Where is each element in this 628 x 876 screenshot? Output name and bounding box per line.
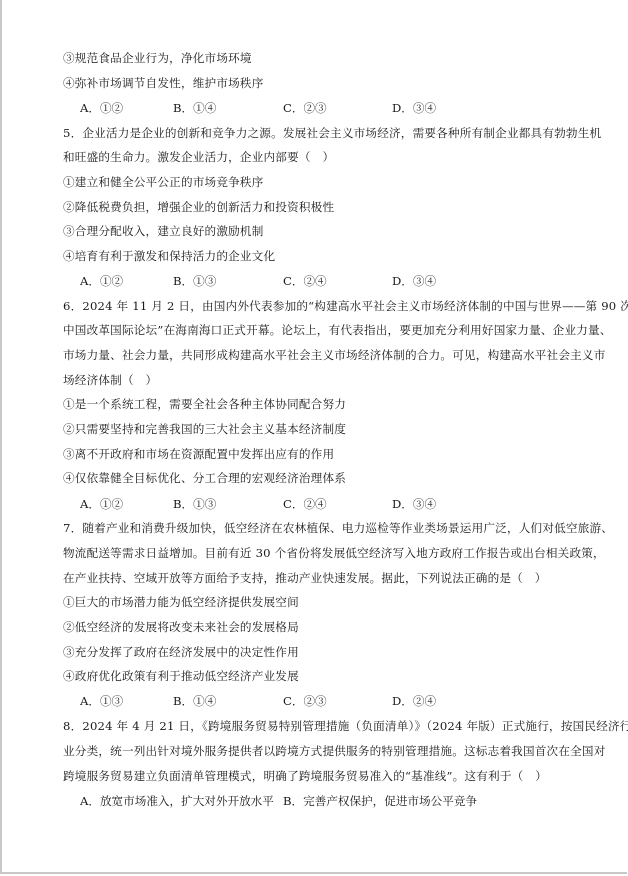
q6-item-1: ①是一个系统工程，需要全社会各种主体协同配合努力 [63, 397, 346, 411]
q7-stem-line-2: 物流配送等需求日益增加。目前有近 30 个省份将发展低空经济写入地方政府工作报告… [63, 546, 605, 560]
q6-option-c[interactable]: C．②④ [283, 497, 327, 511]
q4-option-a[interactable]: A．①② [80, 101, 123, 115]
q7-option-d[interactable]: D．②④ [392, 694, 436, 708]
q7-item-2: ②低空经济的发展将改变未来社会的发展格局 [63, 620, 299, 634]
q6-item-4: ④仅依靠健全目标优化、分工合理的宏观经济治理体系 [63, 471, 346, 485]
q6-stem-line-2: 中国改革国际论坛”在海南海口正式开幕。论坛上，有代表指出，要更加充分利用好国家力… [63, 323, 612, 337]
q5-stem-line-2: 和旺盛的生命力。激发企业活力，企业内部要（ ） [63, 150, 334, 164]
q6-stem-line-3: 市场力量、社会力量，共同形成构建高水平社会主义市场经济体制的合力。可见，构建高水… [63, 348, 606, 362]
q6-option-a[interactable]: A．①② [80, 497, 123, 511]
q5-item-1: ①建立和健全公平公正的市场竞争秩序 [63, 175, 264, 189]
q7-stem-line-1: 7．随着产业和消费升级加快，低空经济在农林植保、电力巡检等作业类场景运用广泛，人… [63, 521, 613, 535]
q6-item-3: ③离不开政府和市场在资源配置中发挥出应有的作用 [63, 447, 334, 461]
q4-item-4: ④弥补市场调节自发性，维护市场秩序 [63, 76, 264, 90]
q4-option-d[interactable]: D．③④ [392, 101, 436, 115]
q7-stem-line-3: 在产业扶持、空域开放等方面给予支持，推动产业快速发展。据此，下列说法正确的是（ … [63, 571, 547, 585]
q7-item-1: ①巨大的市场潜力能为低空经济提供发展空间 [63, 595, 299, 609]
q7-item-4: ④政府优化政策有利于推动低空经济产业发展 [63, 669, 299, 683]
q8-stem-line-3: 跨境服务贸易建立负面清单管理模式，明确了跨境服务贸易准入的“基准线”。这有利于（… [63, 769, 547, 783]
q6-stem-line-1: 6．2024 年 11 月 2 日，由国内外代表参加的“构建高水平社会主义市场经… [63, 299, 628, 313]
q7-option-b[interactable]: B．①④ [173, 694, 216, 708]
q6-option-d[interactable]: D．③④ [392, 497, 436, 511]
q5-option-c[interactable]: C．②④ [283, 274, 327, 288]
q4-item-3: ③规范食品企业行为，净化市场环境 [63, 51, 252, 65]
q7-item-3: ③充分发挥了政府在经济发展中的决定性作用 [63, 645, 299, 659]
document-page: ③规范食品企业行为，净化市场环境 ④弥补市场调节自发性，维护市场秩序 A．①② … [0, 0, 627, 874]
q5-option-d[interactable]: D．③④ [392, 274, 436, 288]
q8-option-b[interactable]: B．完善产权保护，促进市场公平竞争 [283, 794, 477, 808]
q8-stem-line-1: 8．2024 年 4 月 21 日，《跨境服务贸易特别管理措施（负面清单）》（2… [63, 719, 628, 733]
q5-stem-line-1: 5．企业活力是企业的创新和竞争力之源。发展社会主义市场经济，需要各种所有制企业都… [63, 126, 601, 140]
q8-stem-line-2: 业分类，统一列出针对境外服务提供者以跨境方式提供服务的特别管理措施。这标志着我国… [63, 744, 606, 758]
q6-item-2: ②只需要坚持和完善我国的三大社会主义基本经济制度 [63, 422, 346, 436]
q5-option-b[interactable]: B．①③ [173, 274, 216, 288]
q5-option-a[interactable]: A．①② [80, 274, 123, 288]
q5-item-4: ④培育有利于激发和保持活力的企业文化 [63, 249, 275, 263]
q5-item-3: ③合理分配收入，建立良好的激励机制 [63, 224, 264, 238]
q7-option-c[interactable]: C．②③ [283, 694, 327, 708]
q4-option-c[interactable]: C．②③ [283, 101, 327, 115]
q6-stem-line-4: 场经济体制（ ） [63, 373, 157, 387]
q5-item-2: ②降低税费负担，增强企业的创新活力和投资积极性 [63, 200, 334, 214]
q8-option-a[interactable]: A．放宽市场准入，扩大对外开放水平 [80, 794, 274, 808]
q4-option-b[interactable]: B．①④ [173, 101, 216, 115]
q7-option-a[interactable]: A．①③ [80, 694, 123, 708]
q6-option-b[interactable]: B．①③ [173, 497, 216, 511]
